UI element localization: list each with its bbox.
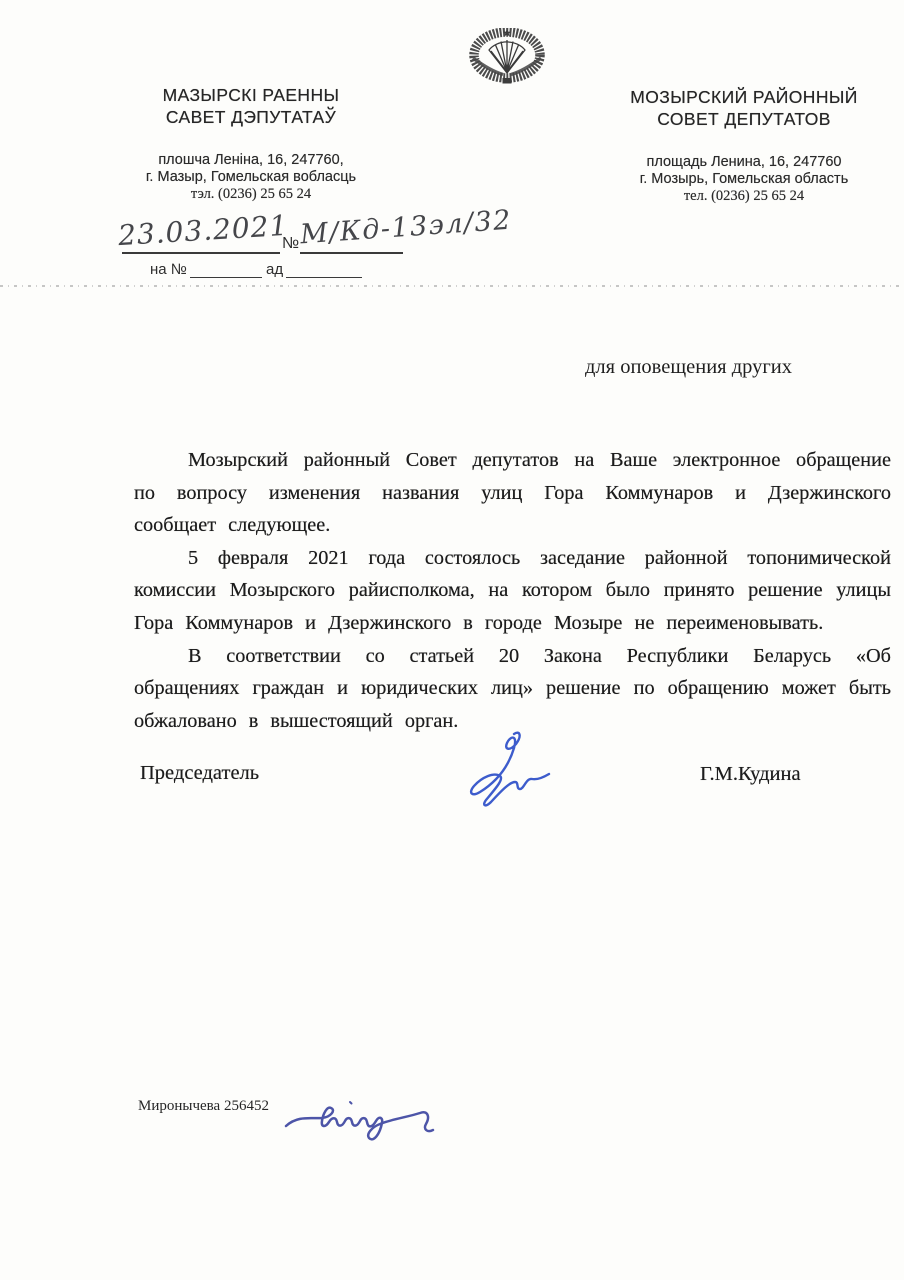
org-name-ru-line1: МОЗЫРСКИЙ РАЙОННЫЙ [588,86,900,108]
letter-page: МАЗЫРСКІ РАЕННЫ САВЕТ ДЭПУТАТАЎ плошча Л… [0,0,904,1280]
belarus-state-emblem-icon [468,28,546,85]
signoff-name: Г.М.Кудина [700,763,801,786]
executor-signature-icon [280,1090,450,1155]
org-name-be-line2: САВЕТ ДЭПУТАТАЎ [96,106,406,128]
executor-note: Миронычева 256452 [138,1098,269,1115]
org-address-ru-line1: площадь Ленина, 16, 247760 [588,154,900,171]
org-name-ru-line2: СОВЕТ ДЕПУТАТОВ [588,108,900,130]
annotation-note: для оповещения других [585,356,792,379]
org-phone-ru: тел. (0236) 25 65 24 [588,188,900,205]
handwritten-date: 23.03.2021 [117,209,289,252]
reply-infix-label: ад [266,261,283,278]
org-name-be-line1: МАЗЫРСКІ РАЕННЫ [96,84,406,106]
body-paragraph-2: 5 февраля 2021 года состоялось заседание… [134,542,891,640]
handwritten-number: М/Кд-13эл/32 [299,205,513,251]
date-underline [122,252,280,254]
org-address-be-line2: г. Мазыр, Гомельская вобласць [96,169,406,186]
reply-date-underline [286,277,362,278]
letter-body: Мозырский районный Совет депутатов на Ва… [134,444,891,737]
body-paragraph-1: Мозырский районный Совет депутатов на Ва… [134,444,891,542]
reply-prefix-label: на № [150,261,187,278]
letterhead-left: МАЗЫРСКІ РАЕННЫ САВЕТ ДЭПУТАТАЎ плошча Л… [96,84,406,203]
body-paragraph-3: В соответствии со статьей 20 Закона Респ… [134,640,891,738]
scan-noise-line [0,285,904,287]
letterhead-right: МОЗЫРСКИЙ РАЙОННЫЙ СОВЕТ ДЕПУТАТОВ площа… [588,86,900,205]
number-underline [300,252,403,254]
chairman-signature-icon [452,726,552,836]
signoff-title: Председатель [140,762,259,785]
reply-number-underline [190,277,262,278]
number-sign: № [282,235,299,253]
org-address-ru-line2: г. Мозырь, Гомельская область [588,171,900,188]
org-address-be-line1: плошча Леніна, 16, 247760, [96,152,406,169]
org-phone-be: тэл. (0236) 25 65 24 [96,186,406,203]
